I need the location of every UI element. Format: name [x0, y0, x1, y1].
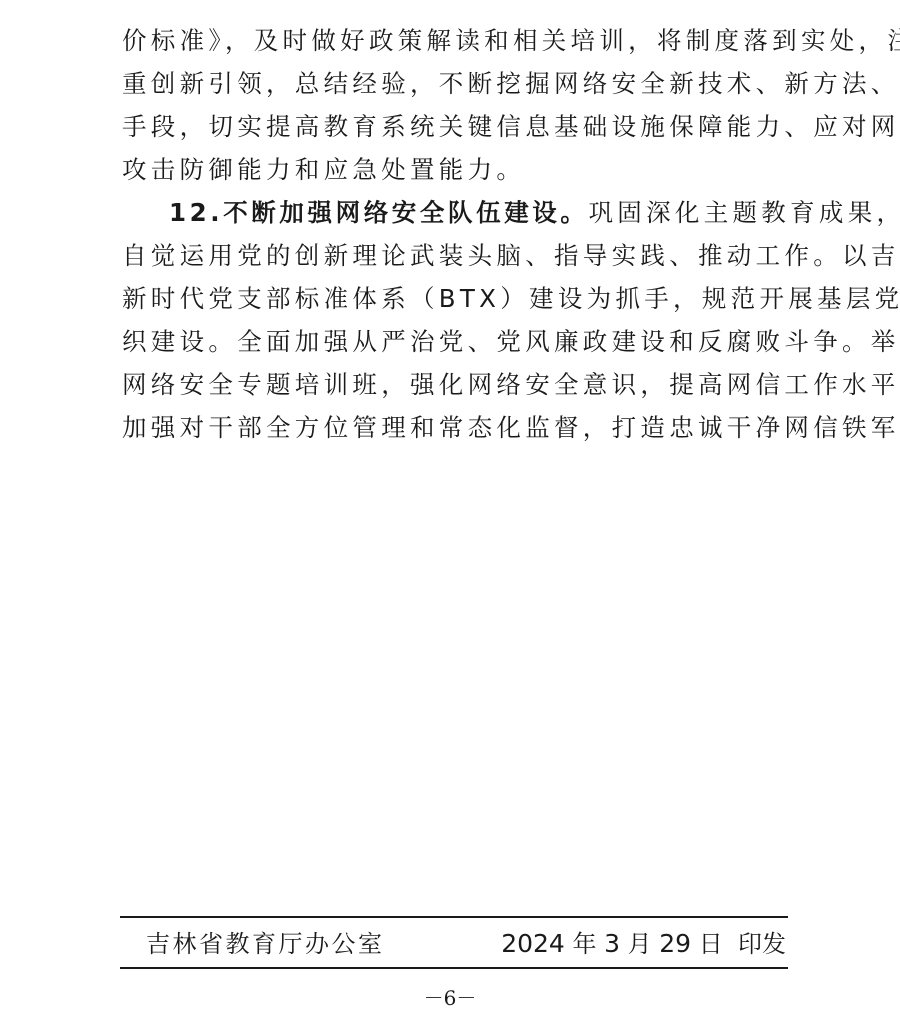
paragraph-line: 攻击防御能力和应急处置能力。	[122, 148, 786, 191]
section-12-heading: 12.不断加强网络安全队伍建设。	[169, 198, 589, 227]
imprint-year-unit: 年	[572, 930, 596, 958]
imprint-top-rule	[120, 916, 788, 918]
paragraph-line: 织建设。全面加强从严治党、党风廉政建设和反腐败斗争。举办	[122, 320, 786, 363]
imprint-day-unit: 日	[699, 930, 723, 958]
imprint-day: 29	[659, 929, 691, 958]
paragraph-line: 价标准》，及时做好政策解读和相关培训，将制度落到实处，注	[122, 19, 786, 62]
document-page: 价标准》，及时做好政策解读和相关培训，将制度落到实处，注 重创新引领，总结经验，…	[0, 0, 900, 1035]
section-12-first-line-text: 巩固深化主题教育成果，	[589, 198, 900, 227]
paragraph-line: 加强对干部全方位管理和常态化监督，打造忠诚干净网信铁军。	[122, 406, 786, 449]
page-number: －6－	[0, 984, 900, 1012]
imprint-action: 印发	[738, 930, 786, 958]
imprint-month-unit: 月	[628, 930, 652, 958]
paragraph-line: 新时代党支部标准体系（BTX）建设为抓手，规范开展基层党组	[122, 277, 786, 320]
paragraph-line: 手段，切实提高教育系统关键信息基础设施保障能力、应对网络	[122, 105, 786, 148]
paragraph-line: 网络安全专题培训班，强化网络安全意识，提高网信工作水平。	[122, 363, 786, 406]
imprint-year: 2024	[501, 929, 565, 958]
paragraph-line: 重创新引领，总结经验，不断挖掘网络安全新技术、新方法、新	[122, 62, 786, 105]
paragraph-line: 自觉运用党的创新理论武装头脑、指导实践、推动工作。以吉林	[122, 234, 786, 277]
imprint-month: 3	[604, 929, 620, 958]
imprint-issuer: 吉林省教育厅办公室	[146, 924, 385, 964]
section-12-first-line: 12.不断加强网络安全队伍建设。巩固深化主题教育成果，	[169, 191, 786, 234]
imprint-bottom-rule	[120, 967, 788, 969]
imprint-date: 2024 年 3 月 29 日 印发	[501, 924, 786, 964]
